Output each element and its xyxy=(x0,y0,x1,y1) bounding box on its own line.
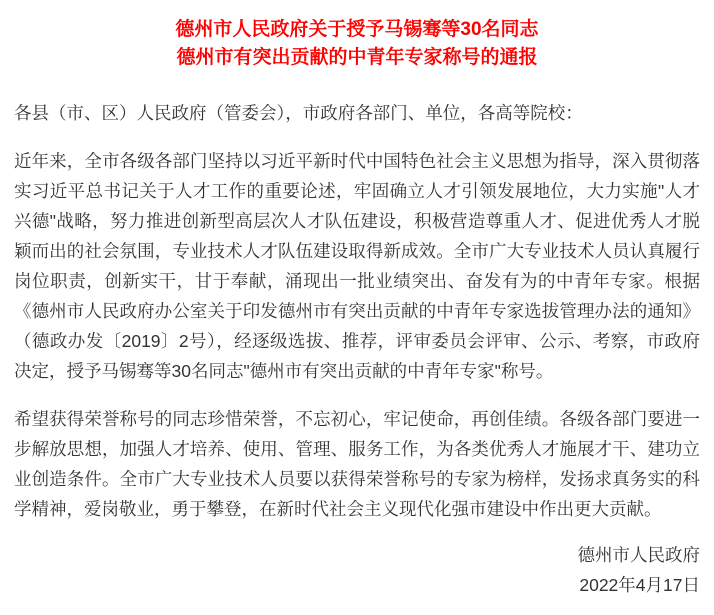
document-title: 德州市人民政府关于授予马锡骞等30名同志 德州市有突出贡献的中青年专家称号的通报 xyxy=(14,16,700,72)
title-line-1: 德州市人民政府关于授予马锡骞等30名同志 xyxy=(14,16,700,44)
notice-document: 德州市人民政府关于授予马锡骞等30名同志 德州市有突出贡献的中青年专家称号的通报… xyxy=(0,0,714,610)
body-paragraph-1: 近年来，全市各级各部门坚持以习近平新时代中国特色社会主义思想为指导，深入贯彻落实… xyxy=(14,146,700,386)
issue-date: 2022年4月17日 xyxy=(14,570,700,600)
signature-block: 德州市人民政府 2022年4月17日 xyxy=(14,540,700,600)
body-paragraph-2: 希望获得荣誉称号的同志珍惜荣誉，不忘初心，牢记使命，再创佳绩。各级各部门要进一步… xyxy=(14,404,700,524)
salutation: 各县（市、区）人民政府（管委会），市政府各部门、单位，各高等院校： xyxy=(14,98,700,128)
issuer-name: 德州市人民政府 xyxy=(14,540,700,570)
title-line-2: 德州市有突出贡献的中青年专家称号的通报 xyxy=(14,44,700,72)
